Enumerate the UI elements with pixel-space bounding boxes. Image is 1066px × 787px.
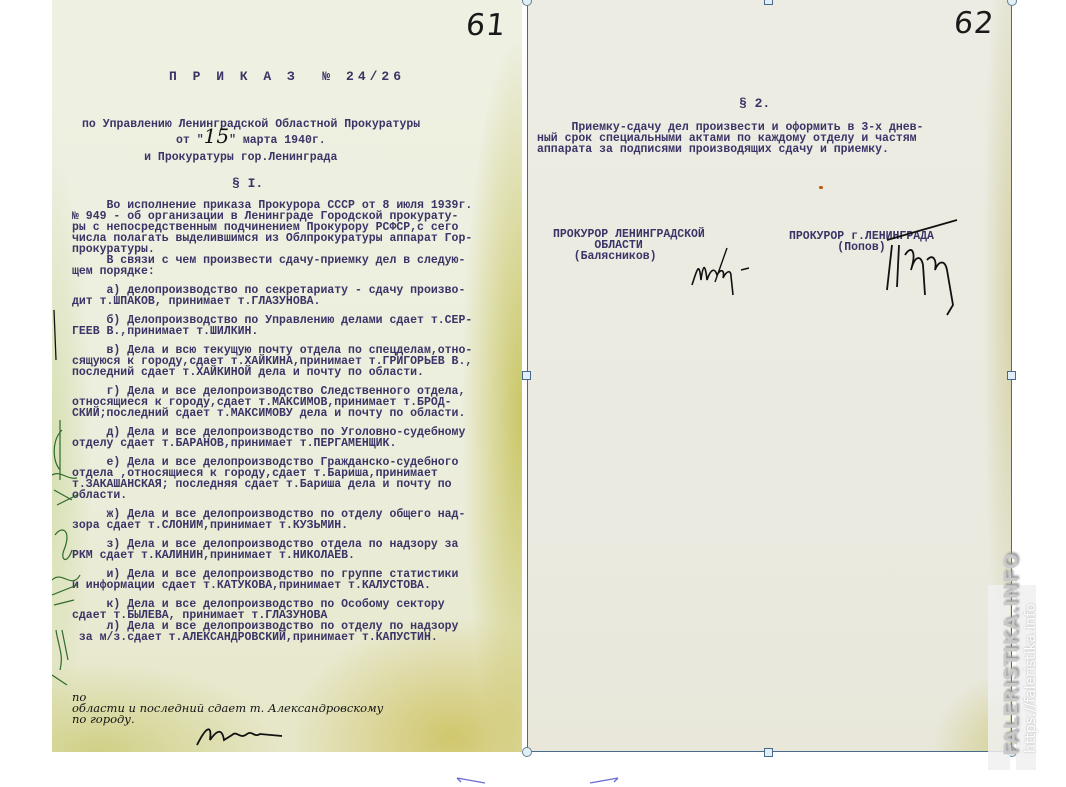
document-page-61: 61 П Р И К А З № 24/26 по Управлению Лен… [52,0,522,752]
order-body: Во исполнение приказа Прокурора СССР от … [72,200,472,643]
watermark: FALERISTIKA.INFO https://faleristika.inf… [986,580,1036,770]
text-line: за м/з.сдает т.АЛЕКСАНДРОВСКИЙ,принимает… [72,632,472,643]
subtitle-line: по Управлению Ленинградской Областной Пр… [82,119,420,130]
text-line: СКИЙ;последний сдает т.МАКСИМОВУ дела и … [72,408,472,419]
signature-icon [192,720,312,752]
section-2-body: Приемку-сдачу дел произвести и оформить … [537,122,923,155]
resize-handle-right[interactable] [1007,371,1016,380]
date-suffix: " марта 1940г. [229,134,326,147]
resize-handle-top-right[interactable] [1007,0,1017,6]
section-1-heading: § I. [232,176,263,191]
text-line: последний сдает т.ХАЙКИНОЙ дела и почту … [72,367,472,378]
text-line: (Балясников) [553,251,705,262]
watermark-url: https://faleristika.info [1023,583,1039,753]
subtitle-line: и Прокуратуры гор.Ленинграда [82,152,420,163]
order-date: от "15" марта 1940г. [176,131,326,146]
signature-popov-icon [877,215,977,320]
text-line: и информации сдает т.КАТУКОВА,принимает … [72,580,472,591]
section-2-heading: § 2. [739,96,770,111]
text-line: щем порядке: [72,266,472,277]
signature-balyasnikov-icon [687,240,757,300]
text-line: области. [72,490,472,501]
resize-handle-left[interactable] [522,371,531,380]
text-line: т.ЗАКАШАНСКАЯ; последняя сдает т.Бариша … [72,479,472,490]
resize-handle-bottom-left[interactable] [522,747,532,757]
text-line: РКМ сдает т.КАЛИНИН,принимает т.НИКОЛАЕВ… [72,550,472,561]
text-line: зора сдает т.СЛОНИМ,принимает т.КУЗЬМИН. [72,520,472,531]
resize-handle-top[interactable] [764,0,773,5]
ink-spot [819,186,823,189]
text-line: ГЕЕВ В.,принимает т.ШИЛКИН. [72,326,472,337]
order-title: П Р И К А З № 24/26 [169,71,405,82]
date-prefix: от " [176,134,204,147]
curve-arrows-icon [455,775,625,787]
resize-handle-bottom[interactable] [764,748,773,757]
folio-number: 61 [464,8,508,43]
text-line: отделу сдает т.БАРАНОВ,принимает т.ПЕРГА… [72,438,472,449]
pencil-margin-notes-icon [52,300,82,700]
text-line: аппарата за подписями производящих сдачу… [537,144,923,155]
text-line: дит т.ШПАКОВ, принимает т.ГЛАЗУНОВА. [72,296,472,307]
signatory-regional-prosecutor: ПРОКУРОР ЛЕНИНГРАДСКОЙ ОБЛАСТИ (Балясник… [553,229,705,262]
watermark-brand: FALERISTIKA.INFO [1000,586,1022,756]
date-day-handwritten: 15 [204,124,229,148]
folio-number: 62 [952,6,996,41]
document-page-62: 62 § 2. Приемку-сдачу дел произвести и о… [527,0,1012,752]
